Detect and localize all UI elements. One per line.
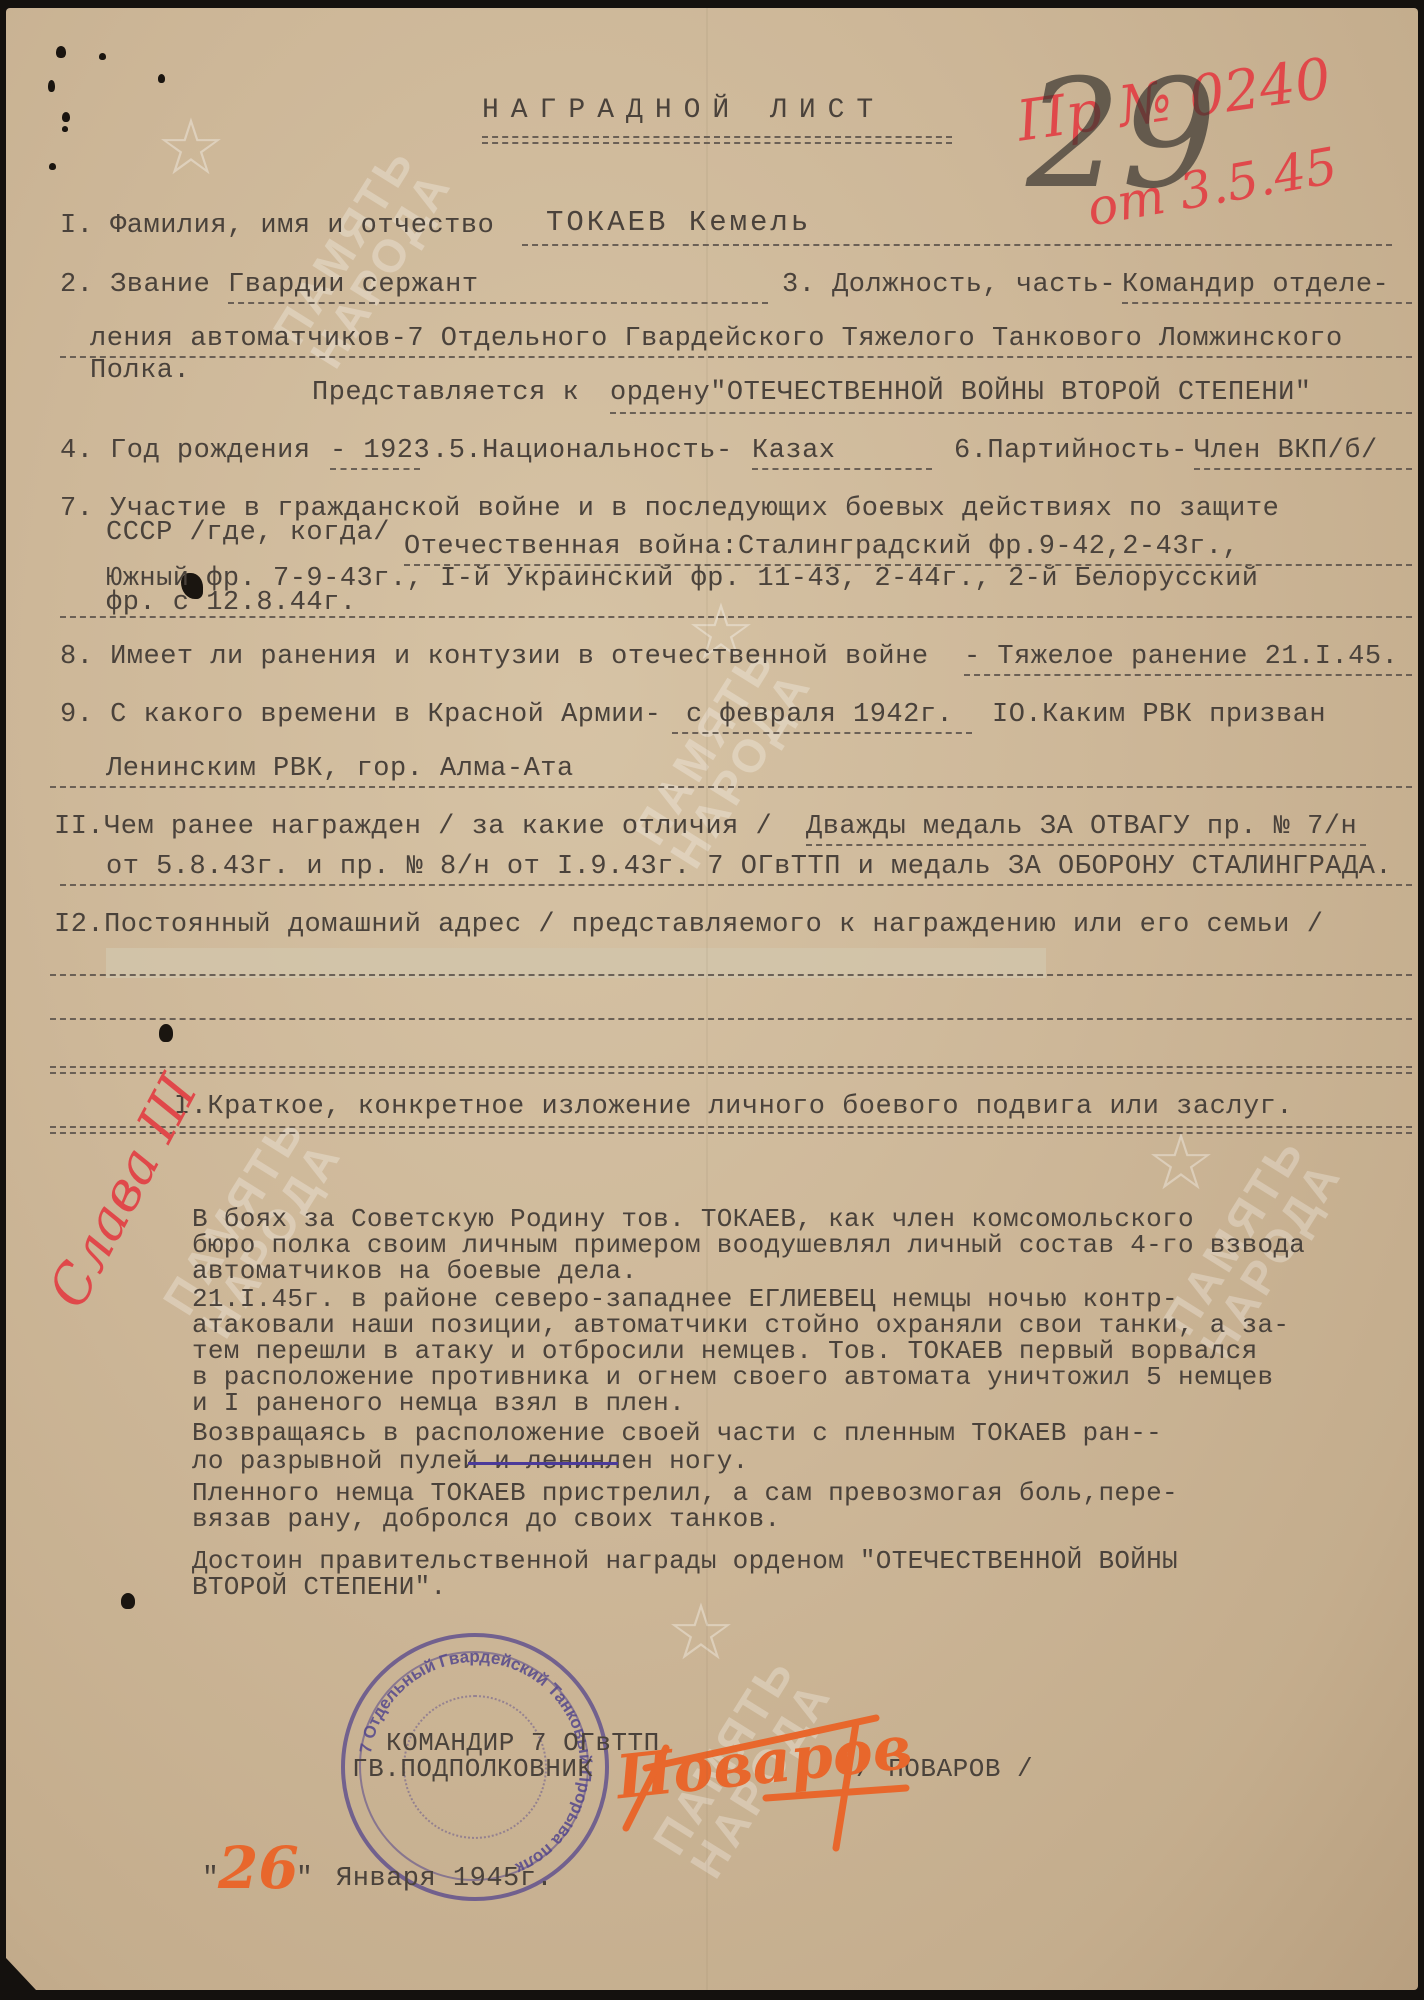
field-7-line [60, 616, 1412, 618]
field-2-label: 2. Звание [60, 270, 210, 300]
field-4-line [330, 468, 420, 470]
narrative-line: Пленного немца ТОКАЕВ пристрелил, а сам … [192, 1480, 1178, 1506]
field-1-line [522, 244, 1392, 246]
field-4-label: 4. Год рождения [60, 436, 311, 466]
narrative-line: вязав рану, добролся до своих танков. [192, 1506, 780, 1532]
punch-hole [159, 1024, 173, 1042]
punch-hole [121, 1593, 135, 1609]
field-3-value-cont: Полка. [90, 356, 190, 386]
document-title: НАГРАДНОЙ ЛИСТ [482, 96, 885, 126]
section-heading: I.Краткое, конкретное изложение личного … [174, 1092, 1293, 1122]
field-11-label: II.Чем ранее награжден / за какие отличи… [54, 812, 772, 842]
punch-hole [158, 74, 165, 83]
field-12-line [50, 974, 1412, 976]
strikethrough-correction [468, 1462, 618, 1465]
narrative-line: в расположение противника и огнем своего… [192, 1364, 1273, 1390]
narrative-line: и I раненого немца взял в плен. [192, 1390, 685, 1416]
field-10-value: Ленинским РВК, гор. Алма-Ата [106, 754, 574, 784]
field-12-line [50, 1018, 1412, 1020]
field-6-label: 6.Партийность- [954, 436, 1188, 466]
section-divider-bottom [50, 1126, 1412, 1134]
field-1-value: ТОКАЕВ Кемель [546, 208, 811, 238]
field-7-label-cont: СССР /где, когда/ [106, 518, 390, 548]
punch-hole [62, 126, 68, 132]
signatory-rank: ГВ.ПОДПОЛКОВНИК [352, 1754, 594, 1784]
date-month-year: Января 1945г. [336, 1864, 553, 1894]
field-10-line [50, 786, 1412, 788]
field-11-line [806, 844, 1366, 846]
field-7-value: Отечественная война:Сталинградский фр.9-… [404, 532, 1239, 562]
nomination-value: ордену"ОТЕЧЕСТВЕННОЙ ВОЙНЫ ВТОРОЙ СТЕПЕН… [610, 378, 1312, 408]
section-divider-top [50, 1066, 1412, 1074]
field-9-line [672, 732, 972, 734]
field-2-value: Гвардии сержант [228, 270, 479, 300]
field-4-value: - 1923 [330, 436, 430, 466]
field-1-label: I. Фамилия, имя и отчество [60, 211, 494, 241]
narrative-line: бюро полка своим личным примером воодуше… [192, 1232, 1305, 1258]
date-quote-close: " [296, 1864, 313, 1894]
signature-stroke [606, 1708, 926, 1858]
narrative-line: автоматчиков на боевые дела. [192, 1258, 637, 1284]
field-5-line [752, 468, 932, 470]
narrative-line: 21.I.45г. в районе северо-западнее ЕГЛИЕ… [192, 1286, 1178, 1312]
field-6-value: Член ВКП/б/ [1194, 436, 1378, 466]
field-8-value: - Тяжелое ранение 21.I.45. [964, 642, 1398, 672]
narrative-line: Достоин правительственной награды ордено… [192, 1548, 1178, 1574]
nomination-label: Представляется к [312, 378, 579, 408]
field-11-value: Дважды медаль ЗА ОТВАГУ пр. № 7/н [806, 812, 1357, 842]
date-quote-open: " [202, 1864, 219, 1894]
nomination-line [610, 412, 1412, 414]
field-11-line [60, 884, 1412, 886]
field-9-value: с февраля 1942г. [686, 700, 953, 730]
punch-hole [62, 112, 70, 122]
narrative-line: тем перешли в атаку и отбросили немцев. … [192, 1338, 1257, 1364]
field-11-value-cont: от 5.8.43г. и пр. № 8/н от I.9.43г. 7 ОГ… [106, 852, 1392, 882]
narrative-line: Возвращаясь в расположение своей части с… [192, 1420, 1162, 1446]
field-6-line [1194, 468, 1412, 470]
date-day: 26 [218, 1834, 299, 1902]
field-3-line [1122, 302, 1412, 304]
field-3-label: 3. Должность, часть- [782, 270, 1116, 300]
punch-hole [48, 80, 55, 92]
title-underline [482, 136, 952, 144]
field-3-line [60, 356, 1412, 358]
field-2-line [228, 302, 768, 304]
narrative-line: атаковали наши позиции, автоматчики стой… [192, 1312, 1289, 1338]
field-12-label: I2.Постоянный домашний адрес / представл… [54, 910, 1323, 940]
field-5-label: .5.Национальность- [432, 436, 733, 466]
field-3-value: Командир отделе- [1122, 270, 1389, 300]
narrative-line: ло разрывной пулей и ленинлен ногу. [192, 1448, 749, 1474]
punch-hole [99, 53, 106, 60]
field-3-value-cont: ления автоматчиков-7 Отдельного Гвардейс… [90, 324, 1343, 354]
watermark-star-icon: ☆ [156, 113, 226, 183]
punch-hole [56, 46, 66, 58]
field-8-line [964, 674, 1412, 676]
field-10-label: IO.Каким РВК призван [992, 700, 1326, 730]
registry-number-pencil: 29 [1026, 48, 1217, 222]
field-9-label: 9. С какого времени в Красной Армии- [60, 700, 661, 730]
field-5-value: Казах [752, 436, 836, 466]
field-8-label: 8. Имеет ли ранения и контузии в отечест… [60, 642, 929, 672]
field-7-value-cont: фр. с 12.8.44г. [106, 588, 357, 618]
watermark-star-icon: ☆ [1146, 1128, 1216, 1198]
award-sheet-paper: ☆ ПАМЯТЬНАРОДА ☆ ПАМЯТЬНАРОДА ПАМЯТЬНАРО… [6, 8, 1418, 1990]
narrative-line: В боях за Советскую Родину тов. ТОКАЕВ, … [192, 1206, 1194, 1232]
punch-hole [49, 163, 56, 170]
watermark-star-icon: ☆ [666, 1598, 736, 1668]
narrative-line: ВТОРОЙ СТЕПЕНИ". [192, 1574, 446, 1600]
